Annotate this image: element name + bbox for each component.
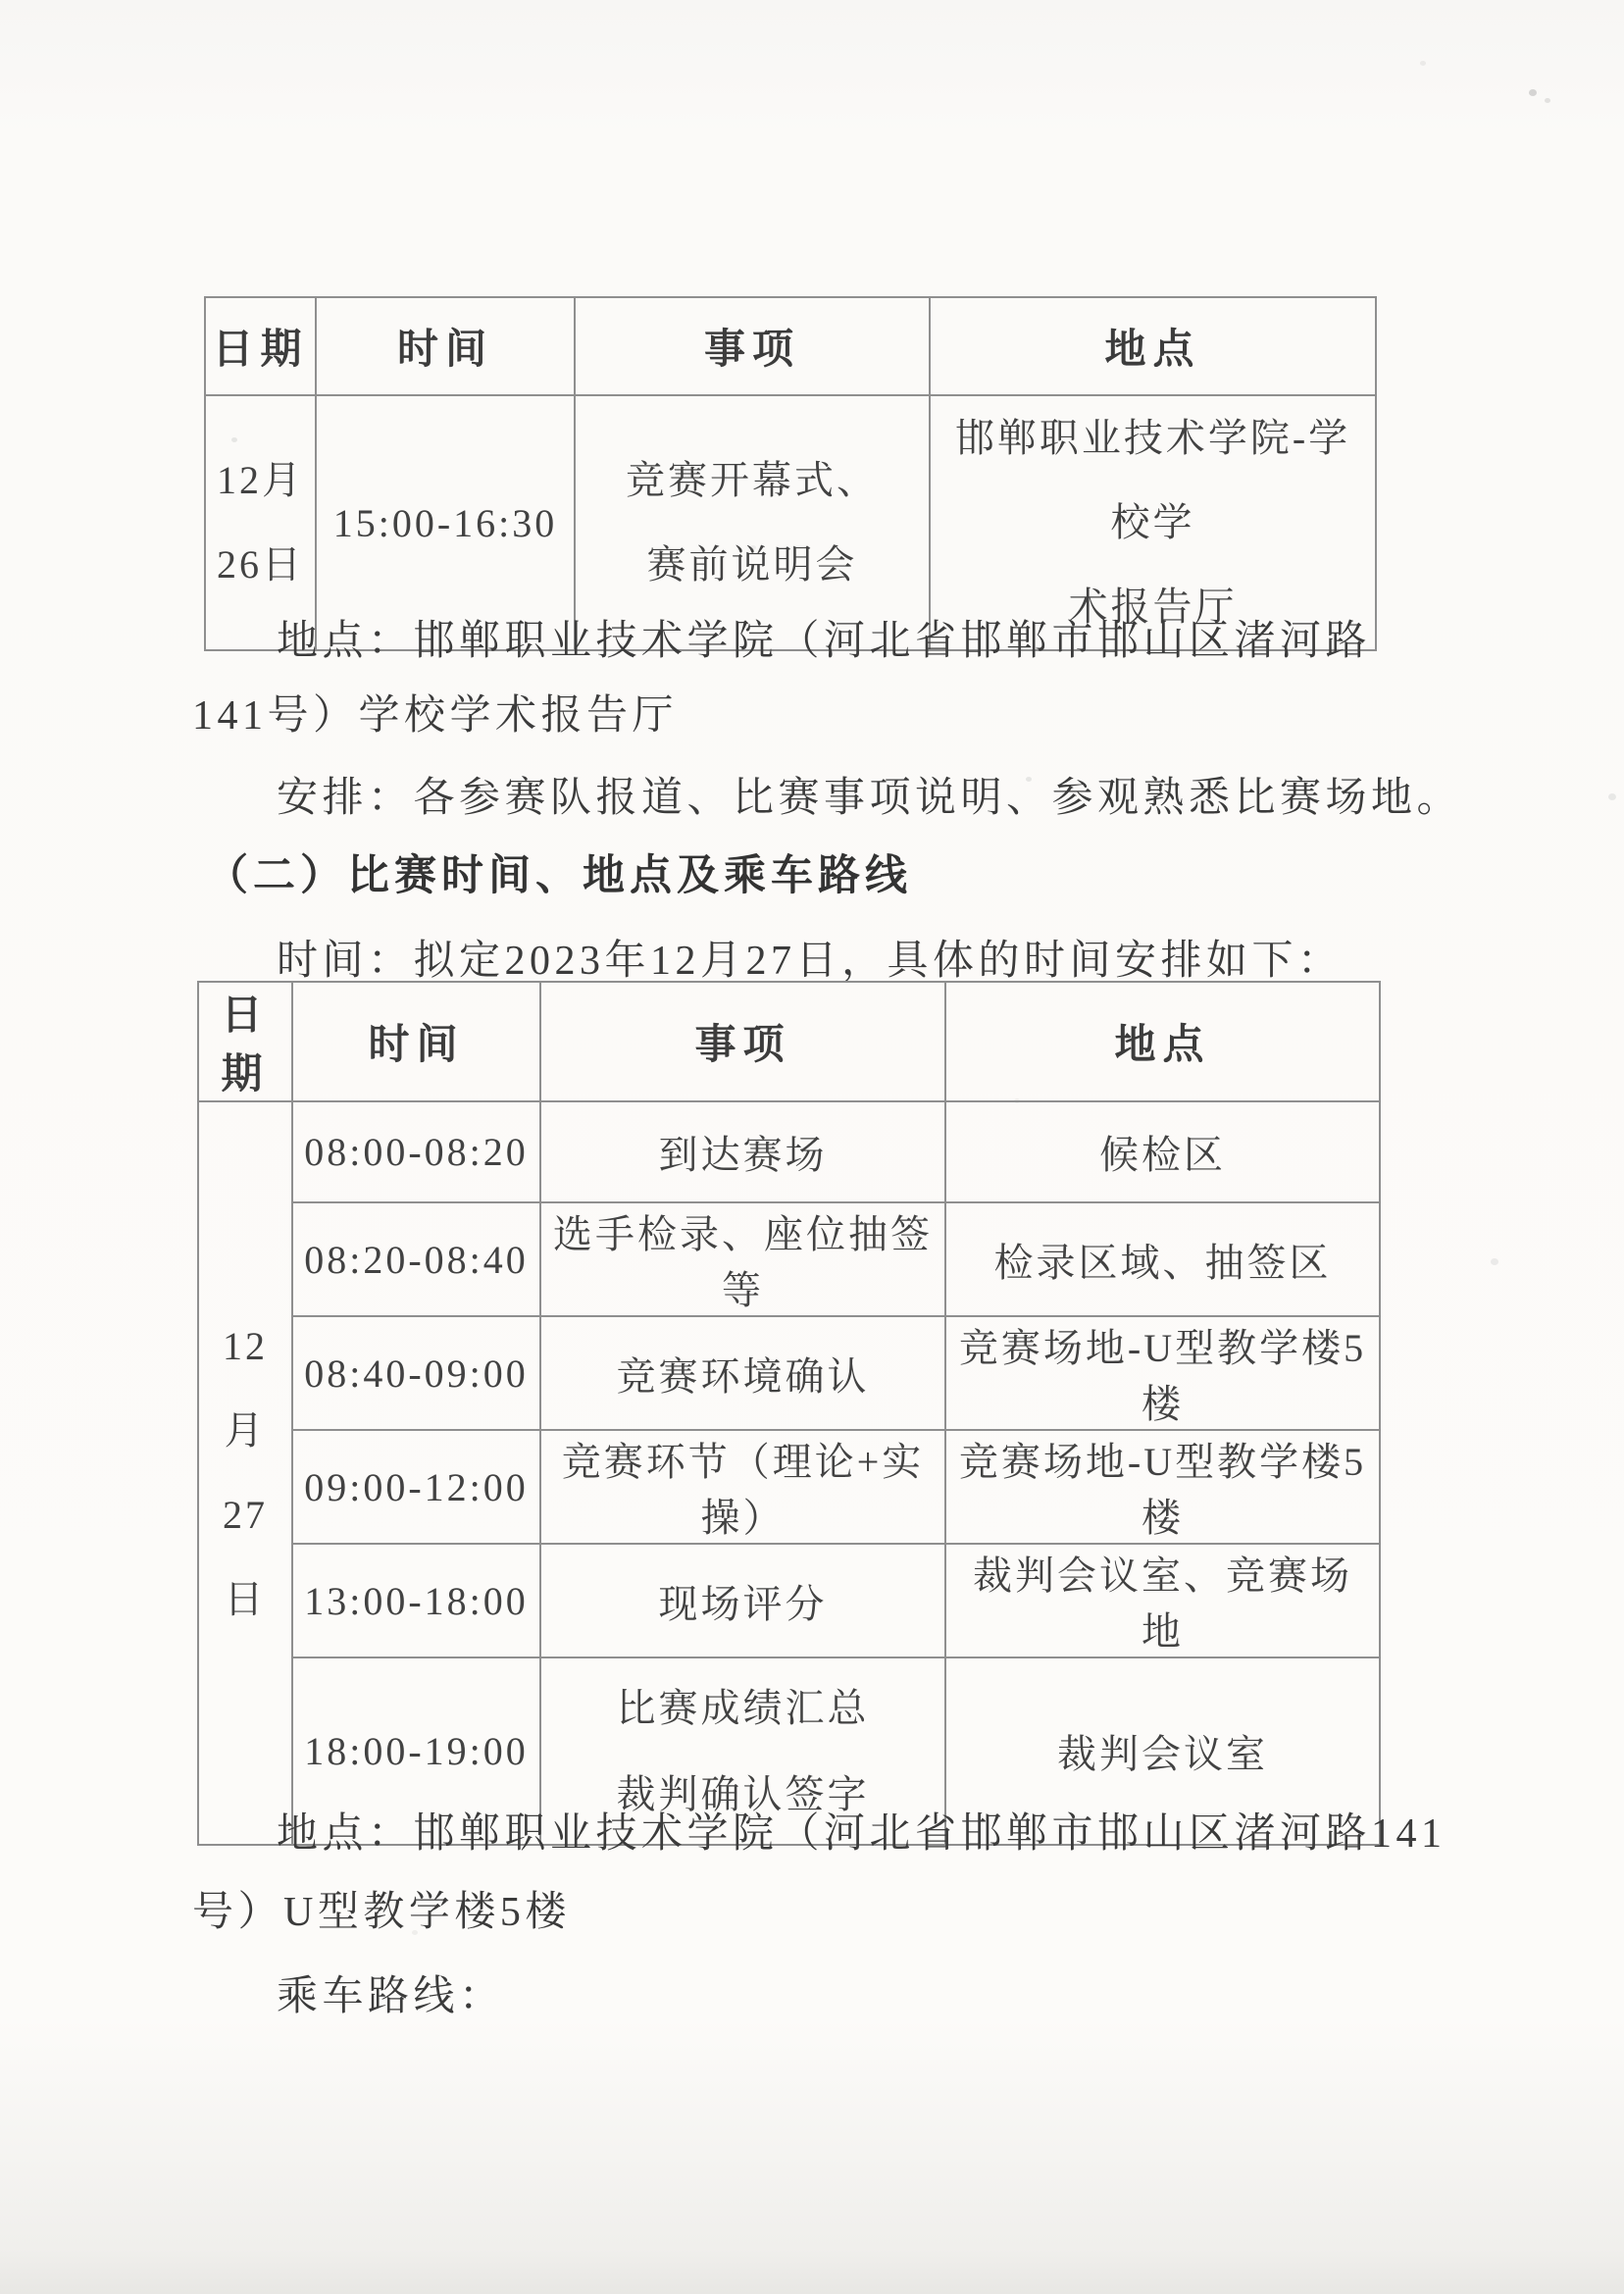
item-cell: 竞赛环节（理论+实操） [540, 1430, 945, 1544]
col-header-date: 日期 [205, 297, 316, 395]
document-page: 日期 时间 事项 地点 12月 26日 15:00-16:30 竞赛开幕式、 赛… [0, 0, 1624, 2294]
time-cell: 13:00-18:00 [292, 1544, 540, 1657]
section-heading: （二）比赛时间、地点及乘车路线 [206, 840, 1481, 914]
place-cell: 竞赛场地-U型教学楼5楼 [945, 1316, 1380, 1430]
place-cell: 检录区域、抽签区 [945, 1202, 1380, 1316]
time-cell: 08:20-08:40 [292, 1202, 540, 1316]
col-header-time: 时间 [292, 982, 540, 1101]
paragraph-venue-day1: 地点：邯郸职业技术学院（河北省邯郸市邯山区渚河路 141号）学校学术报告厅 [192, 604, 1467, 753]
time-cell: 08:00-08:20 [292, 1101, 540, 1202]
paragraph-bus-route: 乘车路线： [277, 1960, 865, 2034]
table-row: 13:00-18:00 现场评分 裁判会议室、竞赛场地 [198, 1544, 1380, 1657]
schedule-table-day1: 日期 时间 事项 地点 12月 26日 15:00-16:30 竞赛开幕式、 赛… [204, 296, 1377, 651]
time-cell: 09:00-12:00 [292, 1430, 540, 1544]
date-cell: 12月 27日 [198, 1101, 292, 1845]
place-cell: 竞赛场地-U型教学楼5楼 [945, 1430, 1380, 1544]
col-header-item: 事项 [575, 297, 930, 395]
table-header-row: 日期 时间 事项 地点 [205, 297, 1376, 395]
col-header-time: 时间 [316, 297, 575, 395]
table-row: 08:20-08:40 选手检录、座位抽签等 检录区域、抽签区 [198, 1202, 1380, 1316]
item-cell: 现场评分 [540, 1544, 945, 1657]
table-row: 08:40-09:00 竞赛环境确认 竞赛场地-U型教学楼5楼 [198, 1316, 1380, 1430]
table-row: 09:00-12:00 竞赛环节（理论+实操） 竞赛场地-U型教学楼5楼 [198, 1430, 1380, 1544]
paragraph-arrangement: 安排：各参赛队报道、比赛事项说明、参观熟悉比赛场地。 [277, 761, 1512, 836]
item-cell: 选手检录、座位抽签等 [540, 1202, 945, 1316]
scan-noise-specks [0, 0, 6, 5]
schedule-table-day2: 日期 时间 事项 地点 12月 27日 08:00-08:20 到达赛场 候检区… [197, 981, 1381, 1846]
place-cell: 裁判会议室、竞赛场地 [945, 1544, 1380, 1657]
place-cell: 候检区 [945, 1101, 1380, 1202]
item-cell: 到达赛场 [540, 1101, 945, 1202]
table-row: 12月 27日 08:00-08:20 到达赛场 候检区 [198, 1101, 1380, 1202]
paragraph-venue-day2: 地点：邯郸职业技术学院（河北省邯郸市邯山区渚河路141 号）U型教学楼5楼 [192, 1795, 1467, 1952]
item-cell: 竞赛环境确认 [540, 1316, 945, 1430]
col-header-place: 地点 [945, 982, 1380, 1101]
col-header-place: 地点 [930, 297, 1376, 395]
table-header-row: 日期 时间 事项 地点 [198, 982, 1380, 1101]
col-header-item: 事项 [540, 982, 945, 1101]
col-header-date: 日期 [198, 982, 292, 1101]
time-cell: 08:40-09:00 [292, 1316, 540, 1430]
